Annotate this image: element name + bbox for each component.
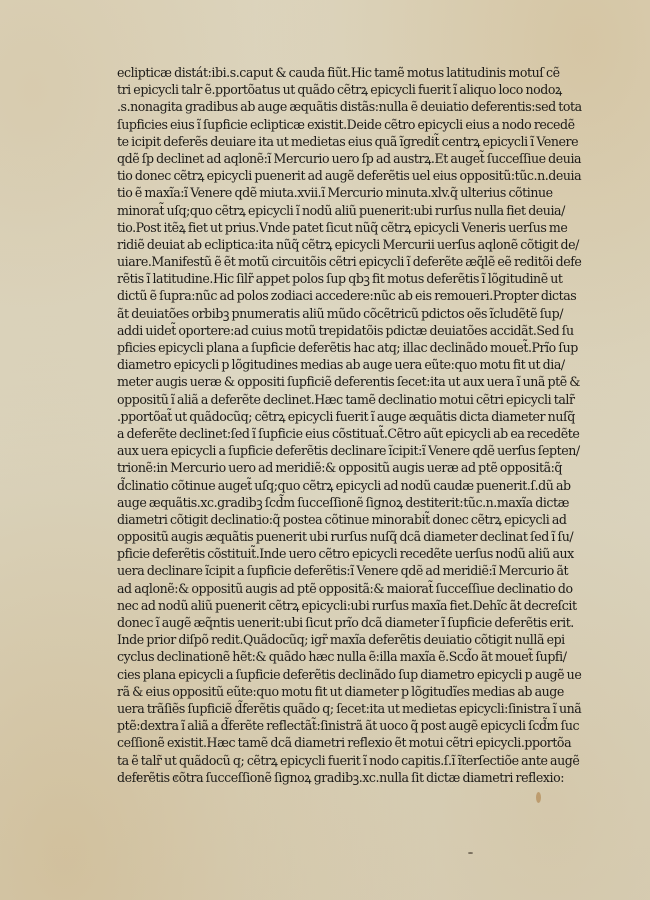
text-line: .pportõat̃ ut quãdocũq; cẽtrꝝ epicycli f… [117,408,625,425]
text-line: tio.Post itẽꝝ fiet ut prius.Vnde patet ſ… [117,219,625,236]
text-line: ptẽ:dextra ĩ aliã a d̃ferẽte reflectãt̃:… [117,717,625,734]
text-line: a deferẽte declinet:ſed ĩ ſupficie eius … [117,425,625,442]
text-line: tri epicycli talr ẽ.pportõatus ut quãdo … [117,81,625,98]
text-line: te icipit deferẽs deuiare ita ut medieta… [117,133,625,150]
text-line: trionẽ:in Mercurio uero ad meridiẽ:& opp… [117,459,625,476]
text-line: deferẽtis cõtra ſucceſſionẽ ſignoꝝ gradi… [117,769,625,786]
text-line: pficies epicycli plana a ſupficie deferẽ… [117,339,625,356]
text-line: .s.nonagita gradibus ab auge æquãtis dis… [117,98,625,115]
text-line: uera trãſiẽs ſupficiẽ d̃ferẽtis quãdo q;… [117,700,625,717]
scanned-page: eclipticæ distát:ibi.s.caput & cauda fiũ… [0,0,650,900]
text-line: tio donec cẽtrꝝ epicycli puenerit ad aug… [117,167,625,184]
text-line: uiare.Manifestũ ẽ ẽt motũ circuitõis cẽt… [117,253,625,270]
text-line: cyclus declinationẽ hẽt:& quãdo hæc null… [117,648,625,665]
text-line: donec ĩ augẽ æq̃ntis uenerit:ubi ſicut p… [117,614,625,631]
text-line: addi uidet̃ oportere:ad cuius motũ trepi… [117,322,625,339]
text-line: diametri cõtigit declinatio:q̃ postea cõ… [117,511,625,528]
text-line: pficie deferẽtis cõstituit̃.Inde uero cẽ… [117,545,625,562]
text-line: ad aqlonẽ:& oppositũ augis ad ptẽ opposi… [117,580,625,597]
text-line: eclipticæ distát:ibi.s.caput & cauda fiũ… [117,64,625,81]
text-line: ta ẽ talr̃ ut quãdocũ q; cẽtrꝝ epicycli … [117,752,625,769]
text-line: cies plana epicycli a ſupficie deferẽtis… [117,666,625,683]
text-line: ridiẽ deuiat ab ecliptica:ita nũq̃ cẽtrꝝ… [117,236,625,253]
body-text: eclipticæ distát:ibi.s.caput & cauda fiũ… [117,64,625,786]
text-line: qdẽ ſp declinet ad aqlonẽ:ĩ Mercurio uer… [117,150,625,167]
text-line: tio ẽ maxĩa:ĩ Venere qdẽ miuta.xvii.ĩ Me… [117,184,625,201]
text-line: d̃clinatio cõtinue auget̃ uſq;quo cẽtrꝝ … [117,477,625,494]
foxing-stain [468,852,473,854]
text-line: dictũ ẽ ſupra:nũc ad polos zodiaci acced… [117,287,625,304]
text-line: Inde prior diſpõ redit.Quãdocũq; igr̃ ma… [117,631,625,648]
text-line: diametro epicycli p lõgitudines medias a… [117,356,625,373]
foxing-stain [536,792,541,803]
text-line: ſupficies eius ĩ ſupficie eclipticæ exis… [117,116,625,133]
text-line: oppositũ ĩ aliã a deferẽte declinet.Hæc … [117,391,625,408]
text-line: nec ad nodũ aliũ puenerit cẽtrꝝ epicycli… [117,597,625,614]
text-line: ãt deuiatões orbibꝫ pnumeratis aliũ mũdo… [117,305,625,322]
text-line: auge æquãtis.xc.gradibꝫ ſcd̃m ſucceſſion… [117,494,625,511]
text-line: rẽtis ĩ latitudine.Hic ſilr̃ appet polos… [117,270,625,287]
text-line: oppositũ augis æquãtis puenerit ubi rurſ… [117,528,625,545]
text-line: meter augis ueræ & oppositi ſupficiẽ def… [117,373,625,390]
text-line: aux uera epicycli a ſupficie deferẽtis d… [117,442,625,459]
text-line: uera declinare ĩcipit a ſupficie deferẽt… [117,562,625,579]
text-line: minorat̃ uſq;quo cẽtrꝝ epicycli ĩ nodũ a… [117,202,625,219]
text-line: rã & eius oppositũ eũte:quo motu fit ut … [117,683,625,700]
text-line: ceſſionẽ existit.Hæc tamẽ dcã diametri r… [117,734,625,751]
